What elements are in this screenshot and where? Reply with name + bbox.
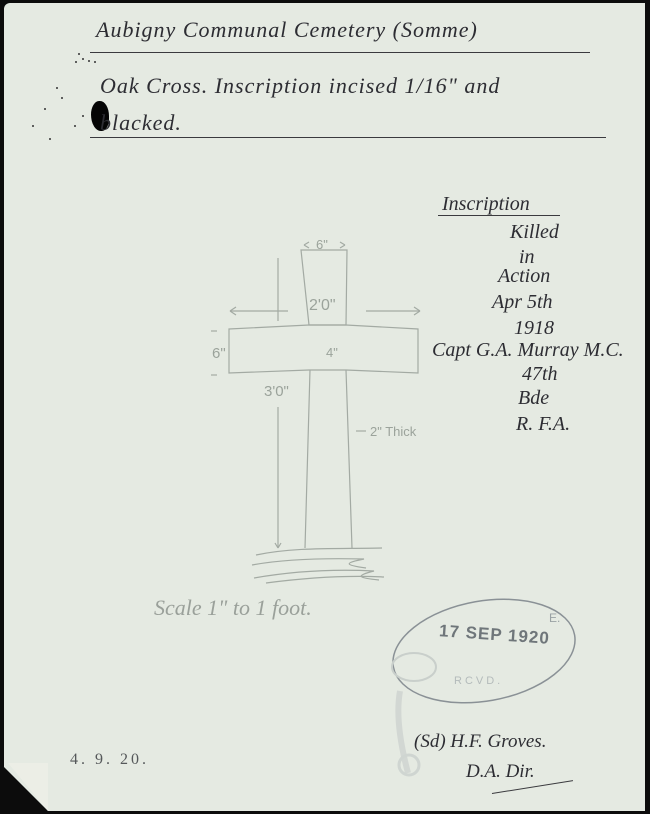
signature-title: D.A. Dir. (466, 761, 535, 783)
stamp-bottom-text: RCVD. (454, 675, 503, 687)
signature-name: (Sd) H.F. Groves. (414, 731, 546, 753)
date-note: 4. 9. 20. (70, 751, 149, 769)
stamp-letter: E. (549, 611, 560, 625)
received-stamp (4, 3, 645, 811)
document-page: Aubigny Communal Cemetery (Somme) Oak Cr… (4, 3, 645, 811)
